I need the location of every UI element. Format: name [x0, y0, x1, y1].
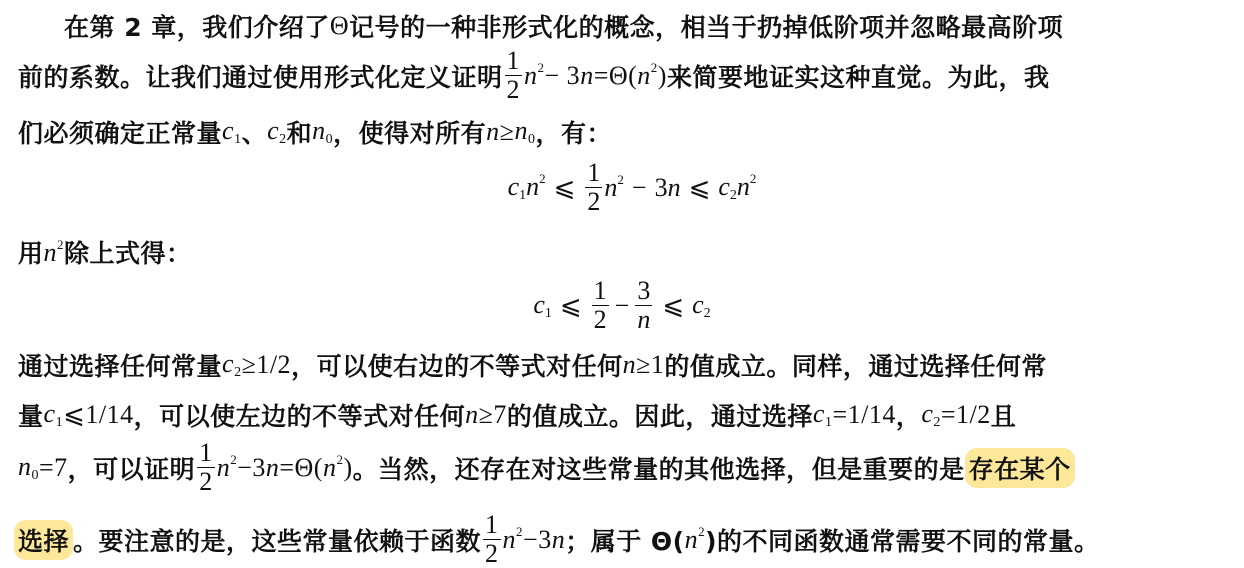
paragraph2-line2: 量 c1 ⩽1/14 ，可以使左边的不等式对任何 n ≥7 的值成立。因此，通过… — [18, 397, 1226, 433]
math-c2: c2 — [921, 399, 941, 431]
math-n0: n0 — [312, 116, 333, 148]
text: ，可以使右边的不等式对任何 — [291, 347, 623, 383]
fraction-one-half: 1 2 — [483, 512, 501, 567]
text: 通过选择任何常量 — [18, 347, 222, 383]
text: ，使得对所有 — [333, 114, 486, 150]
text: 用 — [18, 234, 44, 270]
text: 的值成立。因此，通过选择 — [507, 397, 813, 433]
text: )的不同函数通常需要不同的常量。 — [705, 522, 1099, 558]
fraction-one-half: 1 2 — [585, 160, 602, 215]
highlighted-text[interactable]: 存在某个 — [965, 448, 1075, 488]
math-cond: ⩽1/14 — [63, 400, 134, 430]
text: 的值成立。同样，通过选择任何常 — [664, 347, 1047, 383]
math-op: ) — [343, 453, 352, 483]
math-cond: ≥1 — [636, 350, 664, 380]
math-n: n — [266, 453, 280, 483]
math-c2: c2 — [692, 290, 711, 322]
fraction-one-half: 1 2 — [197, 440, 215, 495]
text: 前的系数。让我们通过使用形式化定义证明 — [18, 58, 503, 94]
fraction-one-half: 1 2 — [505, 48, 523, 103]
paragraph1-line1: 在第 2 章，我们介绍了 Θ 记号的一种非形式化的概念，相当于扔掉低阶项并忽略最… — [64, 8, 1226, 44]
math-n2: n2 — [217, 452, 238, 483]
math-const: 3 — [655, 173, 668, 203]
highlighted-text[interactable]: 选择 — [14, 520, 73, 560]
display-equation-2: c1 ⩽ 1 2 − 3 n ⩽ c2 — [0, 278, 1244, 333]
text: 。当然，还存在对这些常量的其他选择，但是重要的是 — [353, 450, 965, 486]
text: ，可以证明 — [68, 450, 196, 486]
math-op: − 3 — [545, 61, 581, 91]
math-op: −3 — [237, 453, 266, 483]
text: 。要注意的是，这些常量依赖于函数 — [73, 522, 481, 558]
math-c1: c1 — [533, 290, 552, 322]
math-c2: c2 — [267, 116, 287, 148]
text: 和 — [287, 114, 313, 150]
divide-line: 用 n2 除上式得： — [18, 234, 1226, 270]
paragraph2-line1: 通过选择任何常量 c2 ≥1/2 ，可以使右边的不等式对任何 n ≥1 的值成立… — [18, 347, 1226, 383]
leq-symbol: ⩽ — [662, 291, 684, 321]
math-op: ≥ — [500, 117, 515, 147]
leq-symbol: ⩽ — [554, 173, 576, 203]
math-c2n2: c2n2 — [718, 171, 756, 204]
paragraph1-line3: 们必须确定正常量 c1 、 c2 和 n0 ，使得对所有 n ≥ n0 ，有： — [18, 114, 1226, 150]
math-value: =1/14 — [832, 400, 895, 430]
display-equation-1: c1n2 ⩽ 1 2 n2 − 3 n ⩽ c2n2 — [0, 160, 1244, 215]
math-n2: n2 — [323, 452, 344, 483]
math-op: −3 — [523, 525, 552, 555]
math-c1: c1 — [813, 399, 833, 431]
text: ，有： — [535, 114, 612, 150]
theta-symbol: Θ — [330, 11, 349, 41]
text: ；属于 Θ( — [565, 522, 684, 558]
math-var: n — [580, 61, 594, 91]
text: 、 — [242, 114, 268, 150]
math-op: ) — [658, 61, 667, 91]
math-n0: n0 — [18, 452, 39, 484]
leq-symbol: ⩽ — [689, 173, 711, 203]
text: 在第 2 章，我们介绍了 — [64, 8, 330, 44]
math-n2: n2 — [44, 237, 65, 268]
paragraph2-line4: 选择 。要注意的是，这些常量依赖于函数 1 2 n2 −3 n ；属于 Θ( n… — [14, 512, 1226, 567]
fraction-three-over-n: 3 n — [635, 278, 652, 333]
math-cond: ≥7 — [479, 400, 507, 430]
math-op: =Θ( — [279, 453, 323, 483]
math-n0: n0 — [514, 116, 535, 148]
minus-symbol: − — [615, 291, 630, 321]
text: ，可以使左边的不等式对任何 — [134, 397, 466, 433]
text: 量 — [18, 397, 44, 433]
math-n: n — [623, 350, 637, 380]
math-value: =7 — [39, 453, 68, 483]
math-n2: n2 — [503, 524, 524, 555]
paragraph2-line3: n0 =7 ，可以证明 1 2 n2 −3 n =Θ( n2 ) 。当然，还存在… — [18, 440, 1226, 495]
math-op: =Θ( — [594, 61, 638, 91]
text: 来简要地证实这种直觉。为此，我 — [667, 58, 1050, 94]
math-n2: n2 — [685, 524, 706, 555]
math-n: n — [486, 117, 500, 147]
math-c1: c1 — [222, 116, 242, 148]
paragraph1-line2: 前的系数。让我们通过使用形式化定义证明 1 2 n2 − 3 n =Θ( n2 … — [18, 48, 1226, 103]
text: 记号的一种非形式化的概念，相当于扔掉低阶项并忽略最高阶项 — [349, 8, 1063, 44]
math-n: n — [552, 525, 566, 555]
text: 们必须确定正常量 — [18, 114, 222, 150]
text: 且 — [991, 397, 1017, 433]
text: 除上式得： — [64, 234, 192, 270]
math-cond: ≥1/2 — [242, 350, 292, 380]
fraction-one-half: 1 2 — [592, 278, 609, 333]
math-c2: c2 — [222, 349, 242, 381]
leq-symbol: ⩽ — [560, 291, 582, 321]
math-c1n2: c1n2 — [508, 171, 546, 204]
math-n: n — [465, 400, 479, 430]
text: ， — [896, 397, 922, 433]
math-var: n2 — [524, 60, 545, 91]
math-var: n2 — [637, 60, 658, 91]
minus-symbol: − — [632, 173, 647, 203]
math-n: n — [668, 173, 681, 203]
math-c1: c1 — [44, 399, 64, 431]
math-value: =1/2 — [941, 400, 991, 430]
math-n2: n2 — [604, 172, 624, 203]
